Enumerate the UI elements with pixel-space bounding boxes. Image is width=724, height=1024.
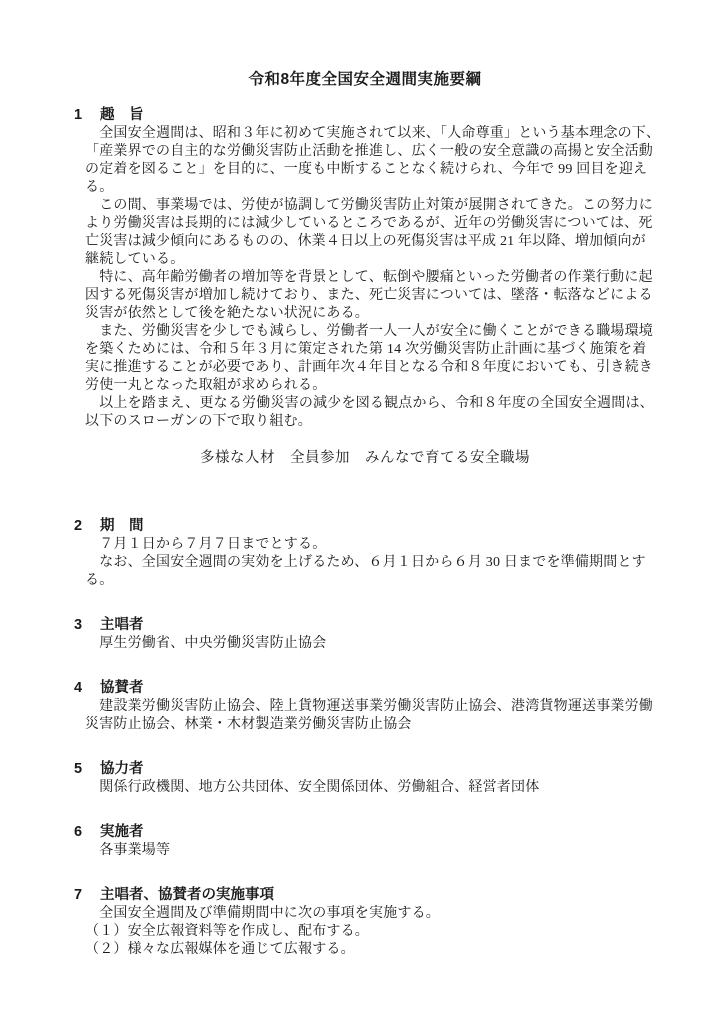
body-line: 災害防止協会、林業・木材製造業労働災害防止協会 <box>85 716 656 734</box>
section-heading-label: 期 間 <box>100 518 144 534</box>
section-number: 6 <box>74 823 87 841</box>
body-line: 特に、高年齢労働者の増加等を背景として、転倒や腰痛といった労働者の作業行動に起 <box>85 269 656 287</box>
section-number: 5 <box>74 760 87 778</box>
section-body: 全国安全週間は、昭和３年に初めて実施されて以来、「人命尊重」という基本理念の下、… <box>74 125 656 431</box>
document-title: 令和8年度全国安全週間実施要綱 <box>74 70 656 90</box>
body-line: また、労働災害を少しでも減らし、労働者一人一人が安全に働くことができる職場環境 <box>85 323 656 341</box>
body-line: この間、事業場では、労使が協調して労働災害防止対策が展開されてきた。この努力に <box>85 197 656 215</box>
body-line: ７月１日から７月７日までとする。 <box>85 536 656 554</box>
section-body: 関係行政機関、地方公共団体、安全関係団体、労働組合、経営者団体 <box>74 779 656 797</box>
section-heading: 1趣 旨 <box>74 106 656 124</box>
section-body: ７月１日から７月７日までとする。 なお、全国安全週間の実効を上げるため、６月１日… <box>74 536 656 590</box>
body-line: 労使一丸となった取組が求められる。 <box>85 377 656 395</box>
section-sponsors: 4協賛者 建設業労働災害防止協会、陸上貨物運送事業労働災害防止協会、港湾貨物運送… <box>74 679 656 734</box>
section-number: 1 <box>74 106 87 124</box>
section-number: 7 <box>74 886 87 904</box>
section-body: 全国安全週間及び準備期間中に次の事項を実施する。 （１）安全広報資料等を作成し、… <box>74 905 656 959</box>
body-line: （２）様々な広報媒体を通じて広報する。 <box>85 941 656 959</box>
section-purpose: 1趣 旨 全国安全週間は、昭和３年に初めて実施されて以来、「人命尊重」という基本… <box>74 106 656 431</box>
body-line: 建設業労働災害防止協会、陸上貨物運送事業労働災害防止協会、港湾貨物運送事業労働 <box>85 698 656 716</box>
body-line: る。 <box>85 179 656 197</box>
body-line: 全国安全週間は、昭和３年に初めて実施されて以来、「人命尊重」という基本理念の下、 <box>85 125 656 143</box>
body-line: 関係行政機関、地方公共団体、安全関係団体、労働組合、経営者団体 <box>85 779 656 797</box>
section-heading-label: 協賛者 <box>100 680 144 696</box>
body-line: 因する死傷災害が増加し続けており、また、死亡災害については、墜落・転落などによる <box>85 287 656 305</box>
section-body: 建設業労働災害防止協会、陸上貨物運送事業労働災害防止協会、港湾貨物運送事業労働 … <box>74 698 656 734</box>
section-body: 厚生労働省、中央労働災害防止協会 <box>74 635 656 653</box>
body-line: を築くためには、令和５年３月に策定された第 14 次労働災害防止計画に基づく施策… <box>85 341 656 359</box>
section-implementation-items: 7主唱者、協賛者の実施事項 全国安全週間及び準備期間中に次の事項を実施する。 （… <box>74 886 656 959</box>
body-line: 実に推進することが必要であり、計画年次４年目となる令和８年度においても、引き続き <box>85 359 656 377</box>
section-organizer: 3主唱者 厚生労働省、中央労働災害防止協会 <box>74 616 656 653</box>
section-heading-label: 趣 旨 <box>100 107 144 123</box>
body-line: 「産業界での自主的な労働災害防止活動を推進し、広く一般の安全意識の高揚と安全活動 <box>85 143 656 161</box>
section-body: 各事業場等 <box>74 842 656 860</box>
section-heading-label: 協力者 <box>100 761 144 777</box>
body-line: 以下のスローガンの下で取り組む。 <box>85 413 656 431</box>
section-cooperators: 5協力者 関係行政機関、地方公共団体、安全関係団体、労働組合、経営者団体 <box>74 760 656 797</box>
section-period: 2期 間 ７月１日から７月７日までとする。 なお、全国安全週間の実効を上げるため… <box>74 517 656 590</box>
body-line: 災害が依然として後を絶たない状況にある。 <box>85 305 656 323</box>
section-heading: 5協力者 <box>74 760 656 778</box>
section-number: 3 <box>74 616 87 634</box>
body-line: 以上を踏まえ、更なる労働災害の減少を図る観点から、令和８年度の全国安全週間は、 <box>85 395 656 413</box>
body-line: より労働災害は長期的には減少しているところであるが、近年の労働災害については、死 <box>85 215 656 233</box>
section-implementers: 6実施者 各事業場等 <box>74 823 656 860</box>
body-line: 厚生労働省、中央労働災害防止協会 <box>85 635 656 653</box>
section-heading-label: 主唱者、協賛者の実施事項 <box>100 887 274 903</box>
body-line: の定着を図ること」を目的に、一度も中断することなく続けられ、今年で 99 回目を… <box>85 161 656 179</box>
body-line: なお、全国安全週間の実効を上げるため、６月１日から６月 30 日までを準備期間と… <box>85 554 656 572</box>
body-line: （１）安全広報資料等を作成し、配布する。 <box>85 923 656 941</box>
section-heading-label: 主唱者 <box>100 617 144 633</box>
section-heading: 7主唱者、協賛者の実施事項 <box>74 886 656 904</box>
section-number: 4 <box>74 679 87 697</box>
document-page: 令和8年度全国安全週間実施要綱 1趣 旨 全国安全週間は、昭和３年に初めて実施さ… <box>0 0 724 1024</box>
body-line: 亡災害は減少傾向にあるものの、休業４日以上の死傷災害は平成 21 年以降、増加傾… <box>85 233 656 251</box>
section-heading: 2期 間 <box>74 517 656 535</box>
section-number: 2 <box>74 517 87 535</box>
body-line: 全国安全週間及び準備期間中に次の事項を実施する。 <box>85 905 656 923</box>
body-line: る。 <box>85 572 656 590</box>
section-heading: 6実施者 <box>74 823 656 841</box>
section-heading-label: 実施者 <box>100 824 144 840</box>
body-line: 継続している。 <box>85 251 656 269</box>
body-line: 各事業場等 <box>85 842 656 860</box>
safety-week-slogan: 多様な人材 全員参加 みんなで育てる安全職場 <box>74 449 656 467</box>
section-heading: 4協賛者 <box>74 679 656 697</box>
section-heading: 3主唱者 <box>74 616 656 634</box>
